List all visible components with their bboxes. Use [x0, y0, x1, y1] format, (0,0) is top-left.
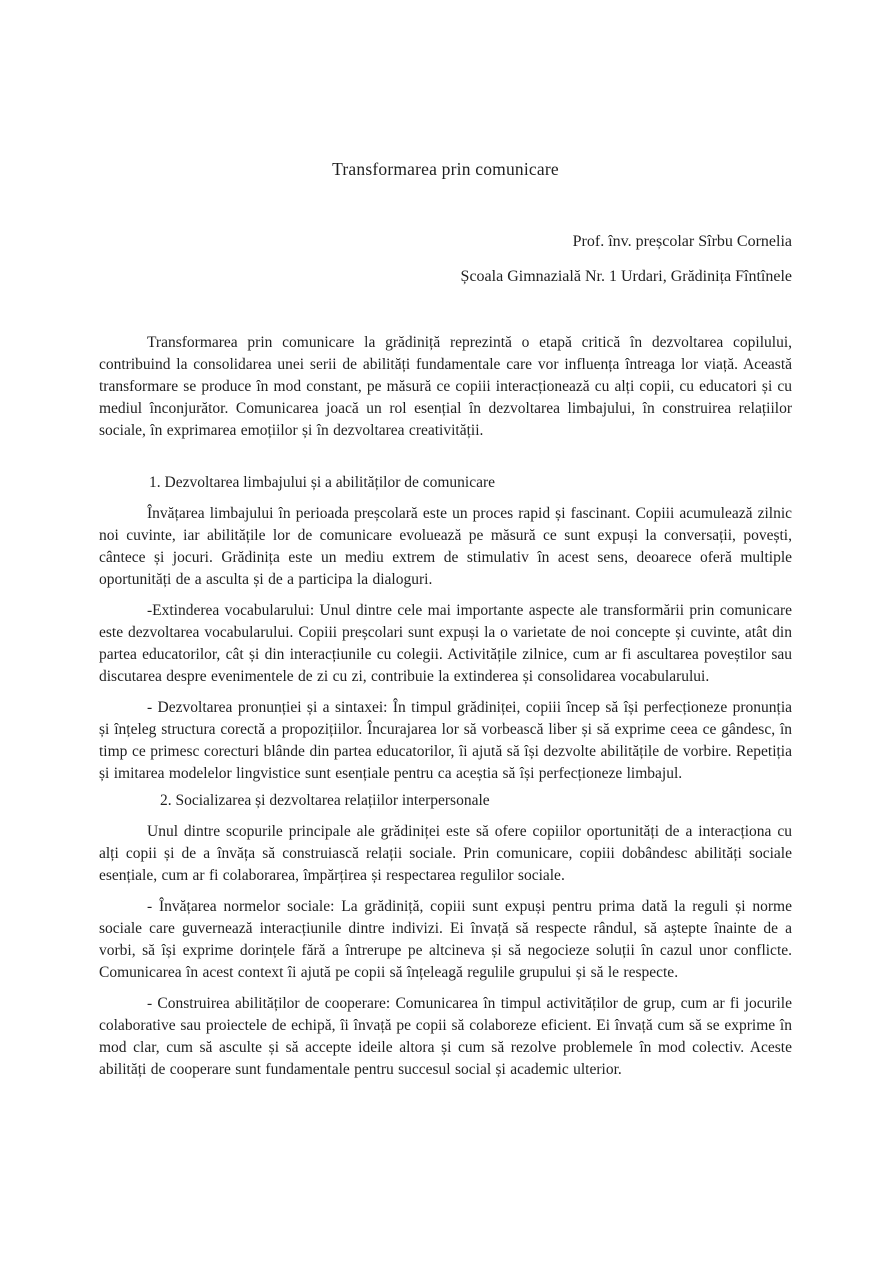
document-page: Transformarea prin comunicare Prof. înv.… — [0, 0, 892, 1263]
paragraph-social-norms: - Învățarea normelor sociale: La grădini… — [99, 896, 792, 984]
paragraph-language-learning: Învățarea limbajului în perioada preșcol… — [99, 503, 792, 591]
paragraph-cooperation-skills: - Construirea abilităților de cooperare:… — [99, 993, 792, 1081]
author-byline: Prof. înv. preșcolar Sîrbu Cornelia — [99, 231, 792, 253]
section-heading-1: 1. Dezvoltarea limbajului și a abilități… — [99, 472, 792, 494]
school-byline: Școala Gimnazială Nr. 1 Urdari, Grădiniț… — [99, 266, 792, 288]
paragraph-socialization-intro: Unul dintre scopurile principale ale gră… — [99, 821, 792, 887]
intro-paragraph: Transformarea prin comunicare la grădini… — [99, 332, 792, 442]
paragraph-vocabulary-extension: -Extinderea vocabularului: Unul dintre c… — [99, 600, 792, 688]
document-title: Transformarea prin comunicare — [99, 157, 792, 181]
document-content: Transformarea prin comunicare Prof. înv.… — [0, 0, 892, 1081]
paragraph-pronunciation-syntax: - Dezvoltarea pronunției și a sintaxei: … — [99, 697, 792, 785]
section-heading-2: 2. Socializarea și dezvoltarea relațiilo… — [99, 790, 792, 812]
